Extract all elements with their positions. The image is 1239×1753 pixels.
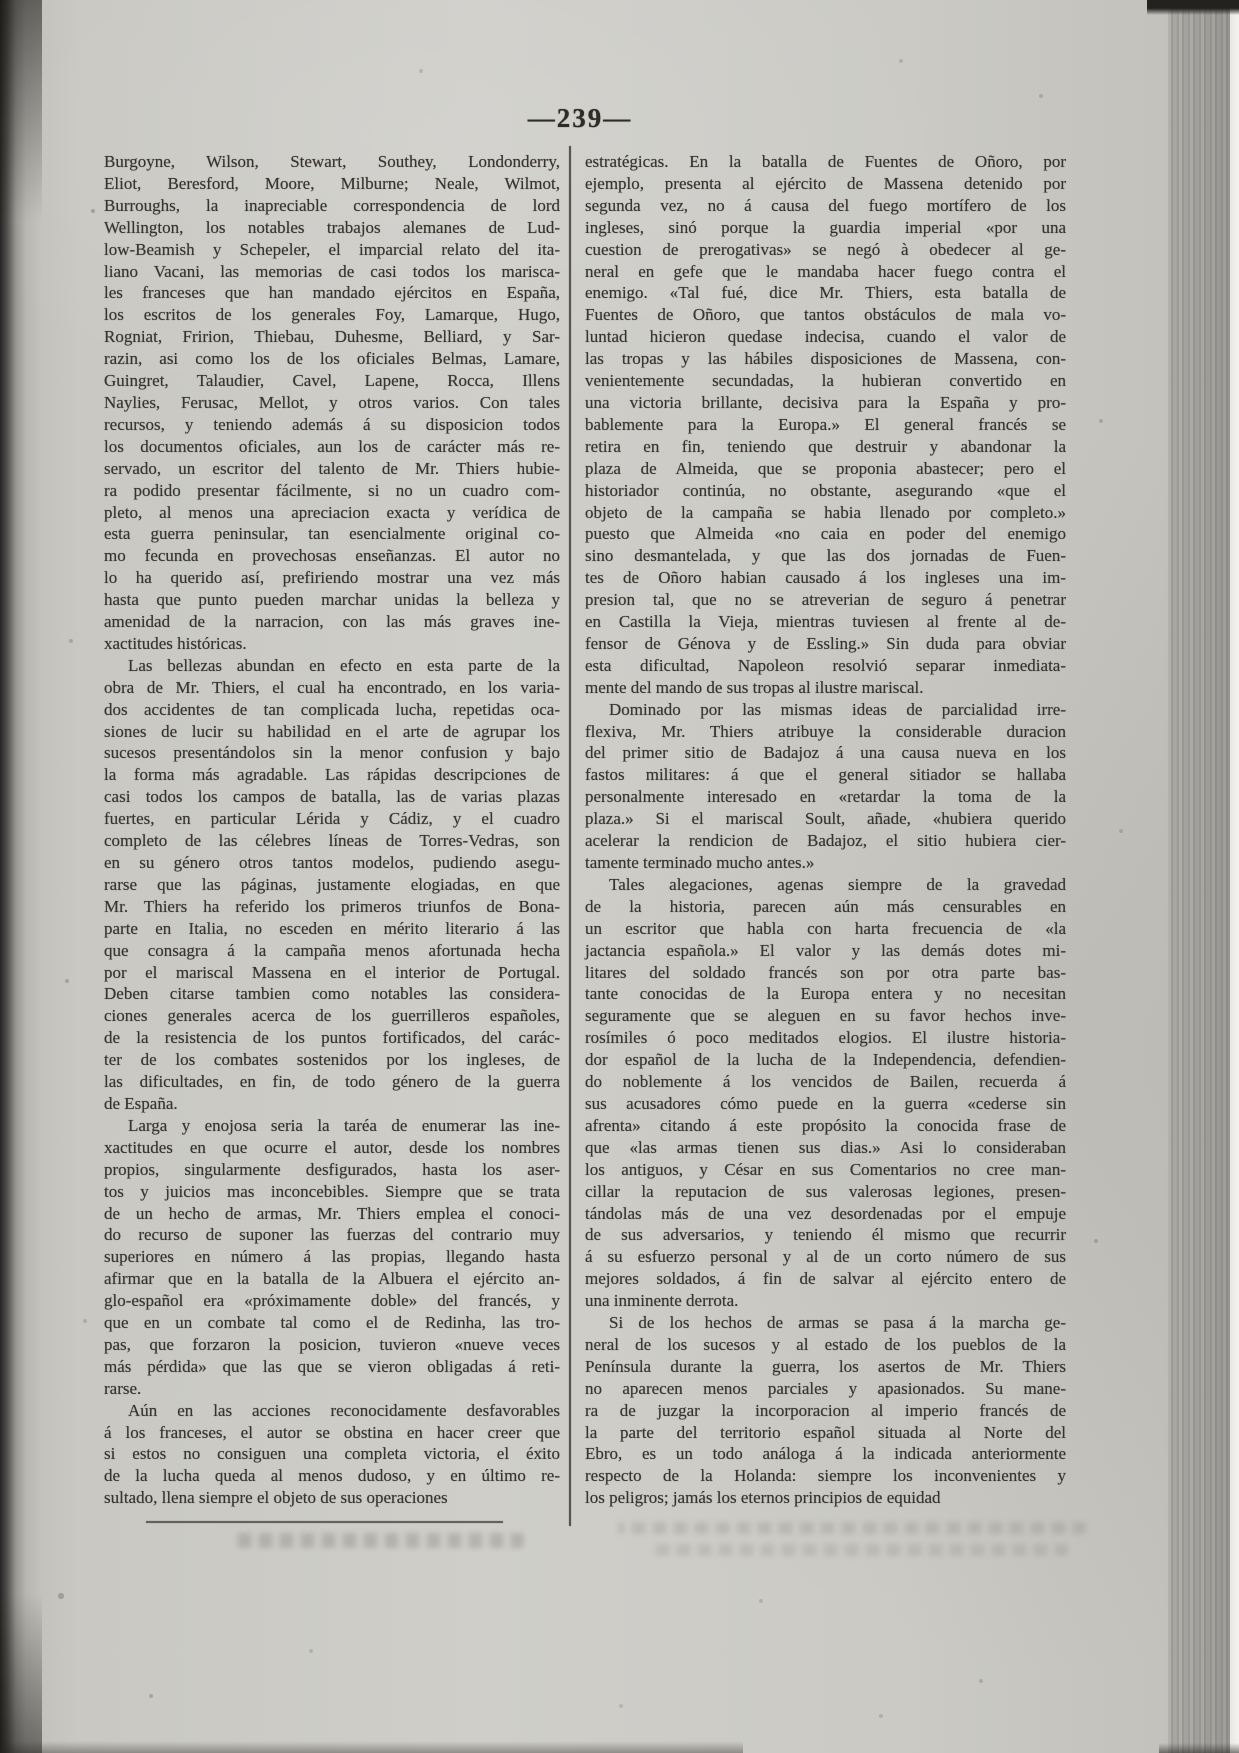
paragraph: estratégicas. En la batalla de Fuentes d… [585, 151, 1066, 699]
bleed-through-text [648, 1544, 1068, 1556]
text-line: siones de lucir su habilidad en el arte … [104, 721, 560, 743]
text-line: mente del mando de sus tropas al ilustre… [585, 677, 1066, 699]
text-line: la parte del territorio español situada … [585, 1422, 1066, 1444]
text-line: sultado, llena siempre el objeto de sus … [104, 1487, 560, 1509]
text-line: bablemente para la Europa.» El general f… [585, 414, 1066, 436]
text-line: pas, que forzaron la posicion, tuvieron … [104, 1334, 560, 1356]
text-line: mo fecunda en provechosas enseñanzas. El… [104, 545, 560, 567]
text-line: tos y juicios mas inconcebibles. Siempre… [104, 1181, 560, 1203]
text-line: mejores soldados, á fin de salvar al ejé… [585, 1268, 1066, 1290]
text-line: recursos, y teniendo además á su disposi… [104, 414, 560, 436]
paragraph: Larga y enojosa seria la taréa de enumer… [104, 1115, 560, 1400]
text-line: un escritor que habla con harta frecuenc… [585, 918, 1066, 940]
text-line: que en un combate tal como el de Redinha… [104, 1312, 560, 1334]
text-line: Aún en las acciones reconocidamente desf… [104, 1400, 560, 1422]
text-line: xactitudes en que ocurre el autor, desde… [104, 1137, 560, 1159]
text-line: la forma más agradable. Las rápidas desc… [104, 764, 560, 786]
text-line: plaza.» Si el mariscal Soult, añade, «hu… [585, 808, 1066, 830]
text-line: las tropas y las hábiles disposiciones d… [585, 348, 1066, 370]
text-line: cuestion de prerogativas» se negó à obed… [585, 239, 1066, 261]
text-line: ejemplo, presenta al ejército de Massena… [585, 173, 1066, 195]
text-line: fensor de Génova y de Essling.» Sin duda… [585, 633, 1066, 655]
text-line: sino desmantelada, y que las dos jornada… [585, 545, 1066, 567]
text-line: cillar la reputacion de sus valerosas le… [585, 1181, 1066, 1203]
text-line: fastos militares: á que el general sitia… [585, 764, 1066, 786]
text-line: Las bellezas abundan en efecto en esta p… [104, 655, 560, 677]
text-line: superiores en número á las propias, lleg… [104, 1246, 560, 1268]
text-line: ingleses, sinó porque la guardia imperia… [585, 217, 1066, 239]
text-line: acelerar la rendicion de Badajoz, el sit… [585, 830, 1066, 852]
top-right-corner-shade [1147, 0, 1239, 15]
text-line: que «las armas tienen sus dias.» Asi lo … [585, 1137, 1066, 1159]
text-line: sucesos presentándolos sin la menor conf… [104, 742, 560, 764]
text-line: amenidad de la narracion, con las más gr… [104, 611, 560, 633]
page-number: —239— [500, 103, 660, 134]
text-line: propios, singularmente desfigurados, has… [104, 1159, 560, 1181]
text-line: ciones generales acerca de los guerrille… [104, 1005, 560, 1027]
text-line: Rogniat, Fririon, Thiebau, Duhesme, Bell… [104, 326, 560, 348]
text-line: de España. [104, 1093, 560, 1115]
text-line: litares del soldado francés son por otra… [585, 962, 1066, 984]
text-line: rosímiles ó poco meditados elogios. El i… [585, 1027, 1066, 1049]
stacked-page-edges [1168, 0, 1230, 1753]
text-line: do recurso de suponer las fuerzas del co… [104, 1224, 560, 1246]
text-line: Naylies, Ferusac, Mellot, y otros varios… [104, 392, 560, 414]
text-line: lo ha querido así, prefiriendo mostrar u… [104, 567, 560, 589]
text-line: Península durante la guerra, los asertos… [585, 1356, 1066, 1378]
text-line: flexiva, Mr. Thiers atribuye la consider… [585, 721, 1066, 743]
text-line: los antiguos, y César en sus Comentarios… [585, 1159, 1066, 1181]
bottom-edge-shade [0, 1741, 743, 1753]
text-line: Mr. Thiers ha referido los primeros triu… [104, 896, 560, 918]
text-line: neral de los sucesos y al estado de los … [585, 1334, 1066, 1356]
text-line: liano Vacani, las memorias de casi todos… [104, 261, 560, 283]
text-line: de sus adversarios, y teniendo él mismo … [585, 1224, 1066, 1246]
text-line: luntad hicieron quedase indecisa, cuando… [585, 326, 1066, 348]
paragraph: Si de los hechos de armas se pasa á la m… [585, 1312, 1066, 1509]
text-line: pleto, al menos una apreciacion exacta y… [104, 502, 560, 524]
text-line: de la historia, parecen aún más censurab… [585, 896, 1066, 918]
paragraph: Burgoyne, Wilson, Stewart, Southey, Lond… [104, 151, 560, 655]
text-line: de un hecho de armas, Mr. Thiers emplea … [104, 1203, 560, 1225]
text-line: rarse. [104, 1378, 560, 1400]
text-line: Burroughs, la inapreciable correspondenc… [104, 195, 560, 217]
text-line: más pérdida» que las que se vieron oblig… [104, 1356, 560, 1378]
text-line: plaza de Almeida, que se proponia abaste… [585, 458, 1066, 480]
text-line: xactitudes históricas. [104, 633, 560, 655]
text-line: Ebro, es un todo análoga á la indicada a… [585, 1443, 1066, 1465]
paragraph: Aún en las acciones reconocidamente desf… [104, 1400, 560, 1510]
text-line: do noblemente á los vencidos de Bailen, … [585, 1071, 1066, 1093]
text-line: les franceses que han mandado ejércitos … [104, 282, 560, 304]
text-line: segunda vez, no á causa del fuego mortíf… [585, 195, 1066, 217]
page-edge-highlight [1230, 0, 1239, 1753]
text-line: dor español de la lucha de la Independen… [585, 1049, 1066, 1071]
footer-rule [146, 1521, 503, 1523]
text-line: Dominado por las mismas ideas de parcial… [585, 699, 1066, 721]
text-line: casi todos los campos de batalla, las de… [104, 786, 560, 808]
text-line: tante conocidas de la Europa entera y no… [585, 983, 1066, 1005]
text-line: á los franceses, el autor se obstina en … [104, 1422, 560, 1444]
text-line: tes de Oñoro habian causado á los ingles… [585, 567, 1066, 589]
text-line: no aparecen menos parciales y apasionado… [585, 1378, 1066, 1400]
text-line: Deben citarse tambien como notables las … [104, 983, 560, 1005]
text-line: en Castilla la Vieja, mientras tuviesen … [585, 611, 1066, 633]
text-line: servado, un escritor del talento de Mr. … [104, 458, 560, 480]
right-column: estratégicas. En la batalla de Fuentes d… [585, 151, 1066, 1509]
text-line: tamente terminado mucho antes.» [585, 852, 1066, 874]
text-line: objeto de la campaña se habia llenado po… [585, 502, 1066, 524]
left-column: Burgoyne, Wilson, Stewart, Southey, Lond… [104, 151, 560, 1509]
text-line: tándolas más de una vez desordenadas por… [585, 1203, 1066, 1225]
text-line: enemigo. «Tal fué, dice Mr. Thiers, esta… [585, 282, 1066, 304]
text-line: venientemente secundadas, la hubieran co… [585, 370, 1066, 392]
text-line: Tales alegaciones, agenas siempre de la … [585, 874, 1066, 896]
text-line: retira en fin, teniendo que destruir y a… [585, 436, 1066, 458]
text-line: neral en gefe que le mandaba hacer fuego… [585, 261, 1066, 283]
text-line: esta dificultad, Napoleon resolvió separ… [585, 655, 1066, 677]
text-line: Fuentes de Oñoro, que tantos obstáculos … [585, 304, 1066, 326]
paragraph: Tales alegaciones, agenas siempre de la … [585, 874, 1066, 1312]
text-line: del primer sitio de Badajoz á una causa … [585, 742, 1066, 764]
scan-specks [0, 0, 2, 2]
text-line: los documentos oficiales, aun los de car… [104, 436, 560, 458]
text-line: afirmar que en la batalla de la Albuera … [104, 1268, 560, 1290]
text-line: personalmente interesado en «retardar la… [585, 786, 1066, 808]
text-line: jactancia española.» El valor y las demá… [585, 940, 1066, 962]
text-line: en su género otros tantos modelos, pudie… [104, 852, 560, 874]
bottom-right-corner-shade [1159, 1743, 1239, 1753]
text-line: Wellington, los notables trabajos aleman… [104, 217, 560, 239]
text-line: sus acusadores cómo puede en la guerra «… [585, 1093, 1066, 1115]
scanned-book-page: —239— Burgoyne, Wilson, Stewart, Southey… [0, 0, 1239, 1753]
text-line: fuertes, en particular Lérida y Cádiz, y… [104, 808, 560, 830]
text-line: parte en Italia, no esceden en mérito li… [104, 918, 560, 940]
text-line: ra de juzgar la incorporacion al imperio… [585, 1400, 1066, 1422]
paragraph: Las bellezas abundan en efecto en esta p… [104, 655, 560, 1115]
text-line: Larga y enojosa seria la taréa de enumer… [104, 1115, 560, 1137]
text-line: una inminente derrota. [585, 1290, 1066, 1312]
text-line: las dificultades, en fin, de todo género… [104, 1071, 560, 1093]
text-line: afrenta» citando á este propósito la con… [585, 1115, 1066, 1137]
bleed-through-text [618, 1522, 1086, 1534]
column-divider-rule [569, 146, 571, 1526]
text-line: puesto que Almeida «no caia en poder del… [585, 523, 1066, 545]
text-line: low-Beamish y Schepeler, el imparcial re… [104, 239, 560, 261]
text-line: Burgoyne, Wilson, Stewart, Southey, Lond… [104, 151, 560, 173]
paragraph: Dominado por las mismas ideas de parcial… [585, 699, 1066, 874]
text-line: de la resistencia de los puntos fortific… [104, 1027, 560, 1049]
text-line: respecto de la Holanda: siempre los inco… [585, 1465, 1066, 1487]
binding-shadow-edge [0, 0, 42, 1753]
text-line: que consagra á la campaña menos afortuna… [104, 940, 560, 962]
text-line: por el mariscal Massena en el interior d… [104, 962, 560, 984]
text-line: dos accidentes de tan complicada lucha, … [104, 699, 560, 721]
text-line: glo-español era «próximamente doble» del… [104, 1290, 560, 1312]
text-line: historiador continúa, no obstante, asegu… [585, 480, 1066, 502]
text-line: ter de los combates sostenidos por los i… [104, 1049, 560, 1071]
text-line: los peligros; jamás los eternos principi… [585, 1487, 1066, 1509]
text-line: los escritos de los generales Foy, Lamar… [104, 304, 560, 326]
text-line: completo de las célebres líneas de Torre… [104, 830, 560, 852]
text-line: una victoria brillante, decisiva para la… [585, 392, 1066, 414]
text-line: seguramente que se aleguen en su favor h… [585, 1005, 1066, 1027]
text-line: Si de los hechos de armas se pasa á la m… [585, 1312, 1066, 1334]
text-line: obra de Mr. Thiers, el cual ha encontrad… [104, 677, 560, 699]
text-line: Guingret, Talaudier, Cavel, Lapene, Rocc… [104, 370, 560, 392]
text-line: presion tal, que no se atreverian de seg… [585, 589, 1066, 611]
text-line: á su esfuerzo personal y al de un corto … [585, 1246, 1066, 1268]
text-line: estratégicas. En la batalla de Fuentes d… [585, 151, 1066, 173]
text-line: esta guerra peninsular, tan esencialment… [104, 523, 560, 545]
text-line: si estos no consiguen una completa victo… [104, 1443, 560, 1465]
text-line: ra podido presentar fácilmente, si no un… [104, 480, 560, 502]
text-line: rarse que las páginas, justamente elogia… [104, 874, 560, 896]
text-line: hasta que punto pueden marchar unidas la… [104, 589, 560, 611]
text-line: razin, asi como los de los oficiales Bel… [104, 348, 560, 370]
text-line: Eliot, Beresford, Moore, Milburne; Neale… [104, 173, 560, 195]
text-line: de la lucha queda al menos dudoso, y en … [104, 1465, 560, 1487]
bleed-through-text [232, 1533, 524, 1548]
